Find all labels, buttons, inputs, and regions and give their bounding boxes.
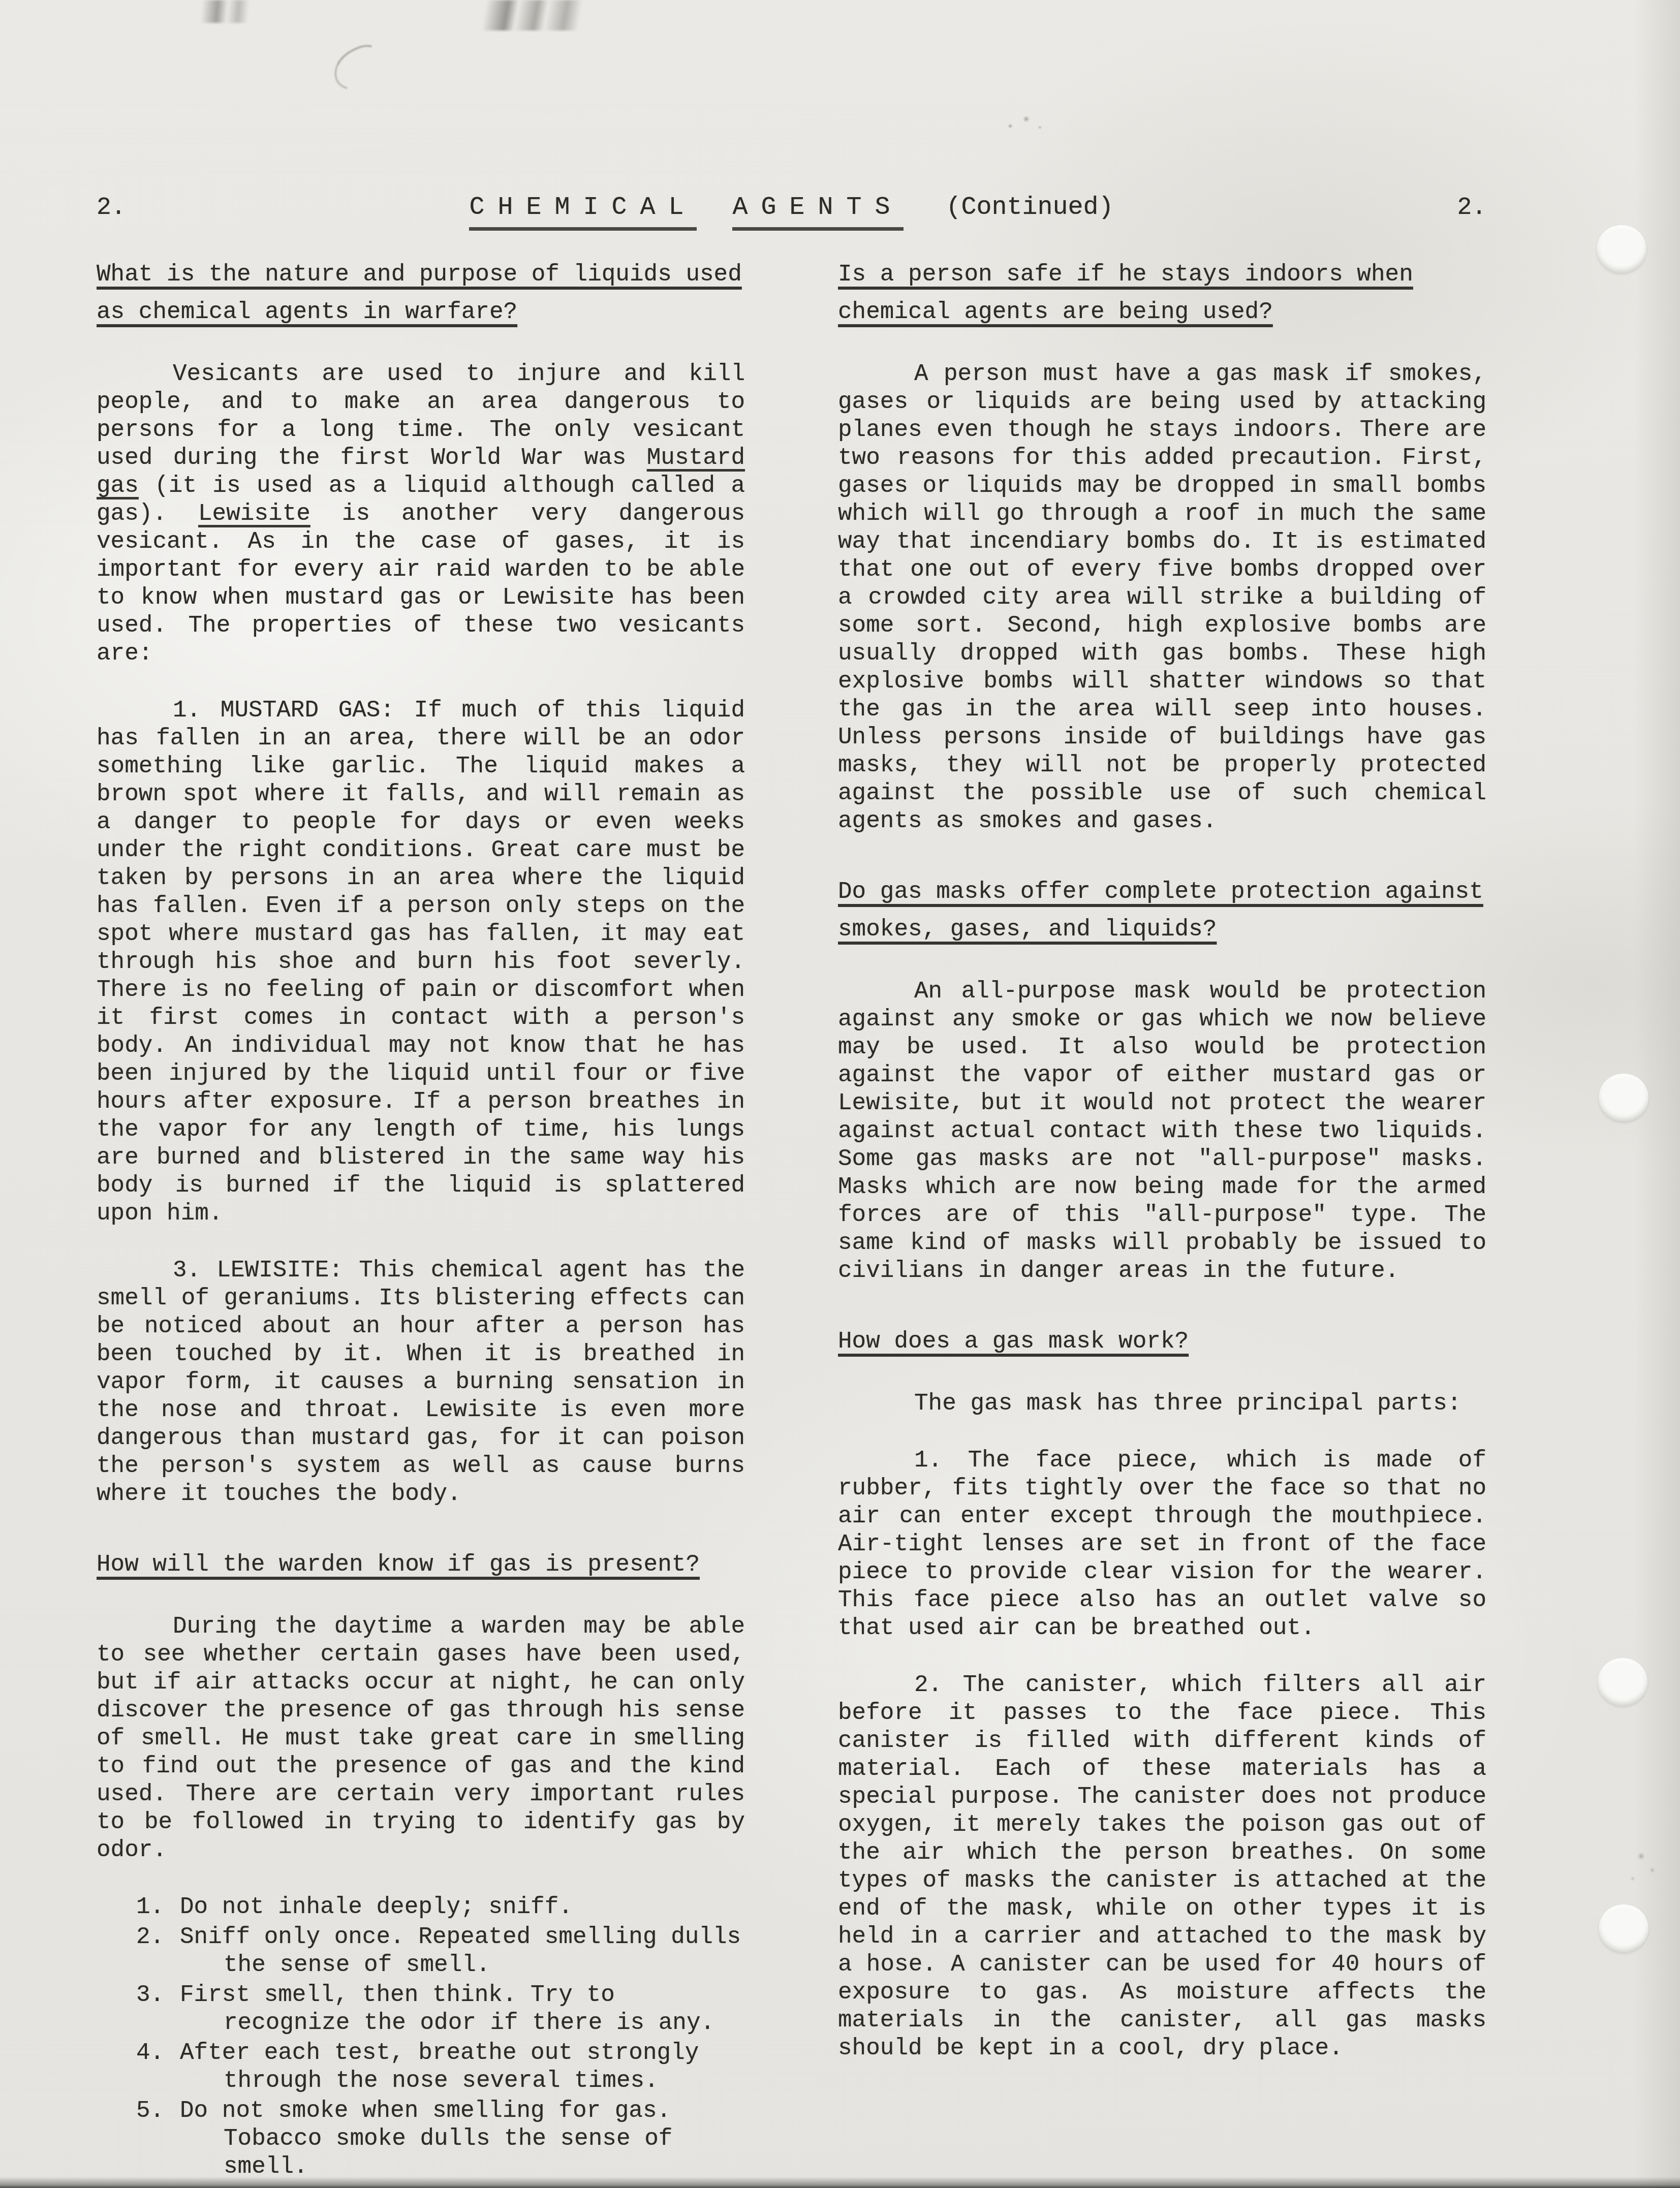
- ink-smudge: [457, 0, 600, 30]
- paragraph-lewisite: 3. LEWISITE: This chemical agent has the…: [97, 1257, 745, 1508]
- question-warden-gas-present: How will the warden know if gas is prese…: [97, 1546, 745, 1583]
- list-item-number: 2.: [136, 1923, 180, 1951]
- paragraph-gas-mask-indoors: A person must have a gas mask if smokes,…: [838, 360, 1486, 835]
- list-item: 4.After each test, breathe out strongly …: [136, 2039, 745, 2095]
- question-safe-indoors: Is a person safe if he stays indoors whe…: [838, 256, 1486, 331]
- pencil-mark: [327, 39, 391, 97]
- paragraph-warden-daytime: During the daytime a warden may be able …: [97, 1613, 745, 1864]
- question-how-gas-mask-works: How does a gas mask work?: [838, 1323, 1486, 1360]
- page-number-right: 2.: [1457, 194, 1486, 222]
- list-item: 1.Do not inhale deeply; sniff.: [136, 1893, 745, 1921]
- page-number-left: 2.: [97, 194, 126, 222]
- list-item: 3.First smell, then think. Try to recogn…: [136, 1981, 745, 2037]
- question-masks-complete-protection: Do gas masks offer complete protection a…: [838, 873, 1486, 948]
- paragraph-mustard-gas: 1. MUSTARD GAS: If much of this liquid h…: [97, 697, 745, 1228]
- question-liquids-purpose: What is the nature and purpose of liquid…: [97, 256, 745, 331]
- paragraph-all-purpose-mask: An all-purpose mask would be protection …: [838, 978, 1486, 1285]
- list-item: 5.Do not smoke when smelling for gas. To…: [136, 2097, 745, 2181]
- two-column-body: What is the nature and purpose of liquid…: [97, 256, 1486, 2183]
- list-item-number: 5.: [136, 2097, 180, 2125]
- title-word-agents: AGENTS: [732, 193, 903, 231]
- paragraph-vesicants: Vesicants are used to injure and kill pe…: [97, 360, 745, 668]
- left-column: What is the nature and purpose of liquid…: [97, 256, 745, 2183]
- right-column: Is a person safe if he stays indoors whe…: [838, 256, 1486, 2183]
- list-item-text: First smell, then think. Try to recogniz…: [180, 1982, 714, 2036]
- paragraph-face-piece: 1. The face piece, which is made of rubb…: [838, 1447, 1486, 1642]
- scan-bottom-edge: [0, 2177, 1680, 2188]
- title-word-chemical: CHEMICAL: [469, 193, 697, 231]
- scanned-document-page: 2. CHEMICAL AGENTS (Continued) 2. What i…: [0, 0, 1680, 2188]
- list-item-text: Do not inhale deeply; sniff.: [180, 1894, 573, 1920]
- page-header: 2. CHEMICAL AGENTS (Continued) 2.: [97, 193, 1486, 222]
- punch-hole: [1598, 1658, 1647, 1706]
- title-continued-label: (Continued): [946, 193, 1114, 222]
- list-item-text: After each test, breathe out strongly th…: [180, 2040, 699, 2094]
- underlined-term-lewisite: Lewisite: [198, 501, 310, 527]
- smelling-rules-list: 1.Do not inhale deeply; sniff. 2.Sniff o…: [136, 1893, 745, 2181]
- list-item: 2.Sniff only once. Repeated smelling dul…: [136, 1923, 745, 1979]
- paragraph-canister: 2. The canister, which filters all air b…: [838, 1671, 1486, 2062]
- list-item-number: 4.: [136, 2039, 180, 2067]
- list-item-number: 1.: [136, 1893, 180, 1921]
- punch-hole: [1599, 1074, 1648, 1121]
- paragraph-three-parts: The gas mask has three principal parts:: [838, 1390, 1486, 1418]
- list-item-text: Sniff only once. Repeated smelling dulls…: [180, 1924, 741, 1978]
- ink-smudge: [183, 0, 259, 23]
- list-item-text: Do not smoke when smelling for gas. Toba…: [180, 2098, 672, 2180]
- list-item-number: 3.: [136, 1981, 180, 2009]
- ink-specks: [1001, 109, 1047, 137]
- punch-hole: [1597, 225, 1646, 273]
- punch-hole: [1599, 1904, 1648, 1952]
- page-title: CHEMICAL AGENTS (Continued): [126, 193, 1457, 222]
